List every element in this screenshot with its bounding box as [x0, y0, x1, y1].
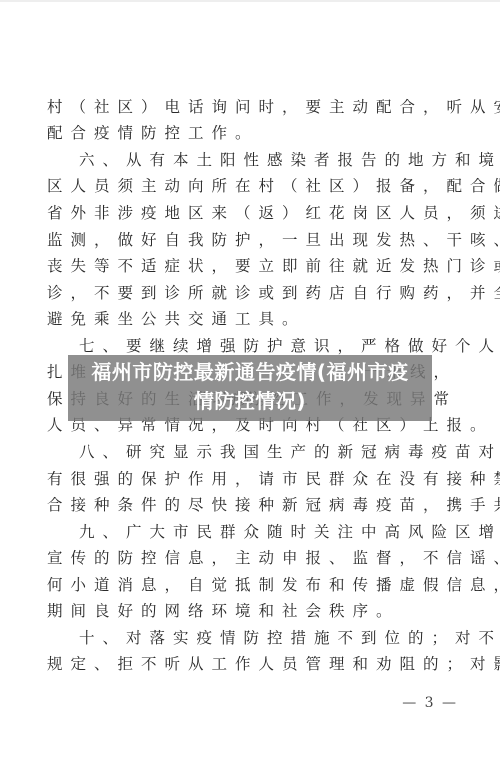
overlay-title-line-1: 福州市防控最新通告疫情(福州市疫	[68, 358, 432, 387]
document-text-line: 诊，不要到诊所就诊或到药店自行购药，并全程规范佩戴口罩，	[47, 280, 457, 306]
document-text-line: 六、从有本土阳性感染者报告的地方和境外来（返）红花岗	[79, 147, 457, 173]
document-text-line: 期间良好的网络环境和社会秩序。	[47, 598, 457, 624]
document-text-line: 八、研究显示我国生产的新冠病毒疫苗对德尔塔变异株依然	[79, 439, 457, 465]
document-text-line: 合接种条件的尽快接种新冠病毒疫苗，携手共筑免疫屏障。	[47, 492, 457, 518]
document-text-line: 丧失等不适症状，要立即前往就近发热门诊或定点医疗机构就	[47, 253, 457, 279]
overlay-title: 福州市防控最新通告疫情(福州市疫 情防控情况)	[68, 358, 432, 416]
page-number: — 3 —	[400, 695, 458, 711]
document-text-line: 十、对落实疫情防控措施不到位的；对不遵守疫情防控措施	[79, 625, 457, 651]
document-text-line: 配合疫情防控工作。	[47, 120, 457, 146]
document-text-line: 监测，做好自我防护，一旦出现发热、干咳、乏力、咽痛、嗅觉	[47, 227, 457, 253]
document-text-line: 规定、拒不听从工作人员管理和劝阻的；对影响社会秩序、危害	[47, 651, 457, 677]
document-text-line: 宣传的防控信息，主动申报、监督，不信谣、不传谣、不转发任	[47, 545, 457, 571]
document-text-line: 村（社区）电话询问时，要主动配合，听从安排调度，全力支持	[47, 94, 457, 120]
overlay-title-line-2: 情防控情况)	[68, 387, 432, 416]
title-overlay-banner: 福州市防控最新通告疫情(福州市疫 情防控情况)	[68, 355, 432, 421]
document-text-line: 何小道消息，自觉抵制发布和传播虚假信息，共同维护疫情防护	[47, 572, 457, 598]
document-text-line: 九、广大市民群众随时关注中高风险区增减情况，了解官方	[79, 519, 457, 545]
document-text-line: 区人员须主动向所在村（社区）报备，配合做好疫情防控工作。	[47, 173, 457, 199]
document-text-line: 有很强的保护作用，请市民群众在没有接种禁忌症的情况下，符	[47, 466, 457, 492]
document-text-line: 避免乘坐公共交通工具。	[47, 306, 457, 332]
document-text-line: 省外非涉疫地区来（返）红花岗区人员，须进行 14 天自我健康	[47, 200, 457, 226]
